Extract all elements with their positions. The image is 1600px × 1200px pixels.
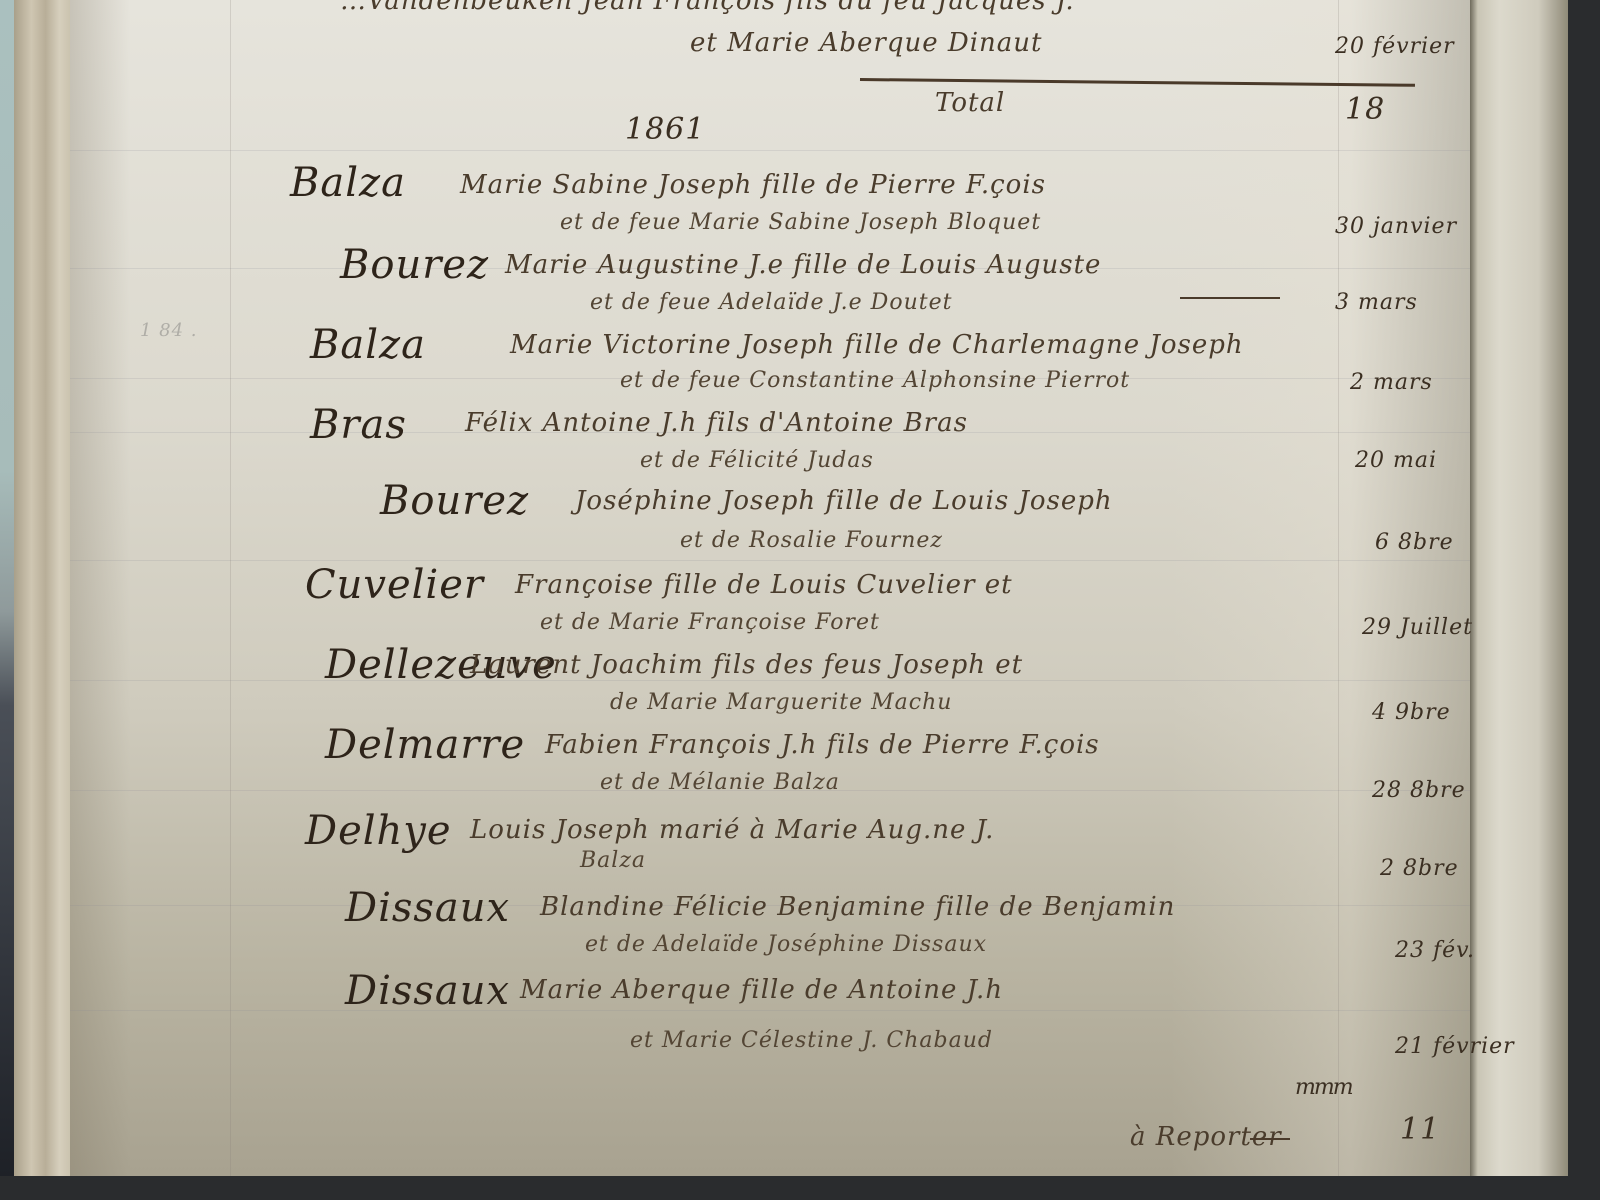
footer-value: 11 [1400, 1112, 1440, 1147]
entry-date: 4 9bre [1372, 700, 1451, 725]
entry-line2: et de Adelaïde Joséphine Dissaux [585, 932, 987, 957]
entry-line1: Laurent Joachim fils des feus Joseph et [470, 650, 1023, 680]
entry-date: 2 mars [1350, 370, 1433, 395]
pencil-note: 1 84 . [140, 320, 198, 341]
entry-line2: Balza [580, 848, 646, 873]
entry-line2: et de Marie Françoise Foret [540, 610, 880, 635]
entry-date: 29 Juillet [1362, 615, 1473, 640]
entry-date: 21 février [1395, 1034, 1515, 1059]
entry-surname: Balza [290, 160, 406, 206]
entry-date: 28 8bre [1372, 778, 1466, 803]
ruled-line [70, 1010, 1470, 1011]
entry-line1: Félix Antoine J.h fils d'Antoine Bras [465, 408, 968, 438]
entry-date: 2 8bre [1380, 856, 1459, 881]
ink-dash [1250, 1138, 1290, 1140]
entry-line2: de Marie Marguerite Machu [610, 690, 952, 715]
carryover-date: 20 février [1335, 34, 1455, 59]
entry-date: 6 8bre [1375, 530, 1454, 555]
entry-line2: et de Mélanie Balza [600, 770, 840, 795]
carryover-line2: et Marie Aberque Dinaut [690, 28, 1043, 58]
carryover-line1: …Vandenbeuken Jean François fils du feu … [340, 0, 1075, 16]
entry-line1: Françoise fille de Louis Cuvelier et [515, 570, 1013, 600]
entry-line1: Marie Aberque fille de Antoine J.h [520, 975, 1003, 1005]
ink-flourish [1180, 297, 1280, 299]
year-heading: 1861 [625, 112, 705, 147]
entry-surname: Bourez [380, 478, 529, 524]
entry-line1: Blandine Félicie Benjamine fille de Benj… [540, 892, 1175, 922]
entry-surname: Bras [310, 402, 407, 448]
entry-surname: Dissaux [345, 885, 510, 931]
entry-date: 23 fév. [1395, 938, 1475, 963]
entry-line2: et de feue Marie Sabine Joseph Bloquet [560, 210, 1041, 235]
entry-date: 3 mars [1335, 290, 1418, 315]
ink-squiggle: mmm [1295, 1075, 1352, 1100]
entry-line2: et de Félicité Judas [640, 448, 874, 473]
entry-surname: Delmarre [325, 722, 525, 768]
margin-line [230, 0, 231, 1176]
entry-surname: Dissaux [345, 968, 510, 1014]
entry-line1: Joséphine Joseph fille de Louis Joseph [575, 486, 1113, 516]
entry-line1: Louis Joseph marié à Marie Aug.ne J. [470, 815, 994, 845]
entry-line1: Marie Augustine J.e fille de Louis Augus… [505, 250, 1101, 280]
entry-line2: et de feue Adelaïde J.e Doutet [590, 290, 952, 315]
entry-surname: Bourez [340, 242, 489, 288]
entry-line2: et Marie Célestine J. Chabaud [630, 1028, 993, 1053]
entry-line1: Marie Victorine Joseph fille de Charlema… [510, 330, 1244, 360]
entry-date: 30 janvier [1335, 214, 1457, 239]
entry-line1: Marie Sabine Joseph fille de Pierre F.ço… [460, 170, 1046, 200]
footer-label: à Reporter [1130, 1122, 1282, 1152]
entry-line2: et de Rosalie Fournez [680, 528, 943, 553]
entry-surname: Cuvelier [305, 562, 484, 608]
entry-surname: Delhye [305, 808, 452, 854]
entry-surname: Balza [310, 322, 426, 368]
entry-line1: Fabien François J.h fils de Pierre F.çoi… [545, 730, 1100, 760]
entry-date: 20 mai [1355, 448, 1437, 473]
book-gutter [1470, 0, 1568, 1176]
date-column-line [1338, 0, 1339, 1176]
entry-line2: et de feue Constantine Alphonsine Pierro… [620, 368, 1130, 393]
ruled-line [70, 680, 1470, 681]
ruled-line [70, 150, 1470, 151]
total-label: Total [935, 88, 1005, 118]
ruled-line [70, 560, 1470, 561]
total-value: 18 [1345, 92, 1385, 127]
